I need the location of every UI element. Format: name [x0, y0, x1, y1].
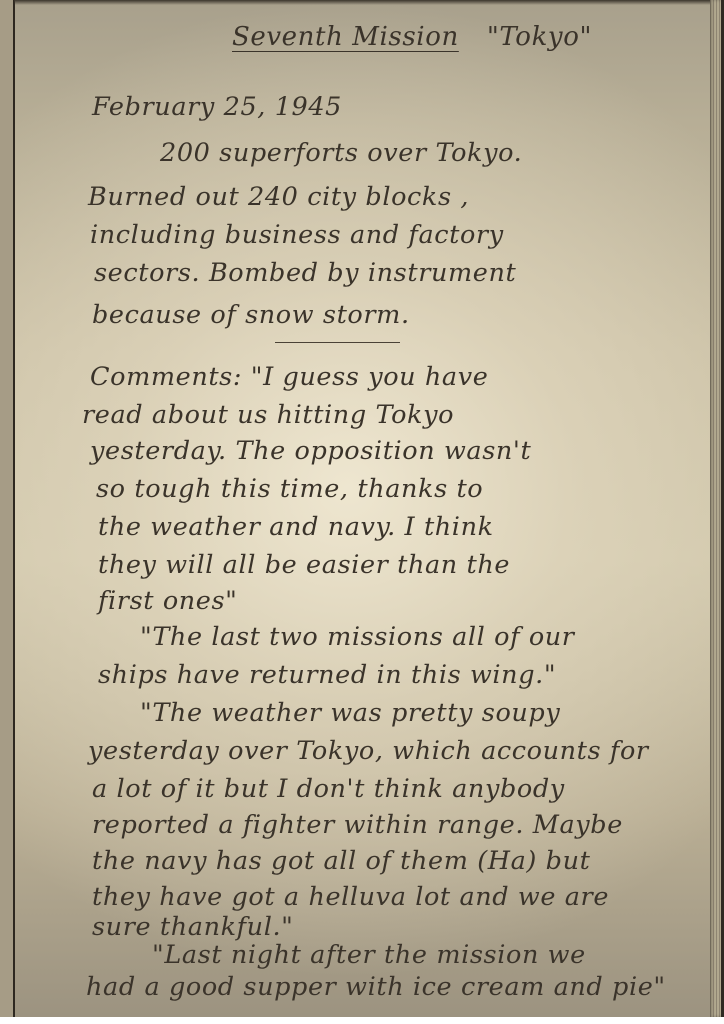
comment-line: read about us hitting Tokyo — [82, 400, 454, 430]
comment-line: "The weather was pretty soupy — [140, 698, 560, 728]
page-title: Seventh Mission"Tokyo" — [232, 22, 592, 52]
comment-line: a lot of it but I don't think anybody — [92, 774, 565, 804]
facing-page-edge — [0, 0, 14, 1017]
mission-title: Seventh Mission — [232, 22, 459, 52]
comment-line: they will all be easier than the — [98, 550, 510, 580]
comment-line: the navy has got all of them (Ha) but — [92, 846, 590, 876]
comment-line: first ones" — [98, 586, 238, 616]
comment-line: yesterday. The opposition wasn't — [90, 436, 531, 466]
comment-line: ships have returned in this wing." — [98, 660, 556, 690]
binding-line — [13, 0, 15, 1017]
page-stack-edge — [710, 0, 724, 1017]
entry-date: February 25, 1945 — [92, 92, 342, 122]
summary-line: Burned out 240 city blocks , — [88, 182, 469, 212]
comment-line: sure thankful." — [92, 912, 294, 942]
summary-line: because of snow storm. — [92, 300, 410, 330]
comment-line: so tough this time, thanks to — [96, 474, 483, 504]
comment-line: had a good supper with ice cream and pie… — [86, 972, 666, 1002]
page-top-shadow — [14, 0, 714, 5]
mission-target: "Tokyo" — [487, 22, 592, 52]
comment-line: Comments: "I guess you have — [90, 362, 488, 392]
comment-line: "The last two missions all of our — [140, 622, 575, 652]
summary-line: including business and factory — [90, 220, 504, 250]
section-divider — [275, 342, 400, 343]
comment-line: reported a fighter within range. Maybe — [92, 810, 623, 840]
comment-line: they have got a helluva lot and we are — [92, 882, 609, 912]
comment-line: "Last night after the mission we — [152, 940, 586, 970]
comment-line: the weather and navy. I think — [98, 512, 494, 542]
summary-line: 200 superforts over Tokyo. — [160, 138, 522, 168]
comment-line: yesterday over Tokyo, which accounts for — [88, 736, 649, 766]
diary-page: Seventh Mission"Tokyo" February 25, 1945… — [0, 0, 724, 1017]
summary-line: sectors. Bombed by instrument — [94, 258, 516, 288]
